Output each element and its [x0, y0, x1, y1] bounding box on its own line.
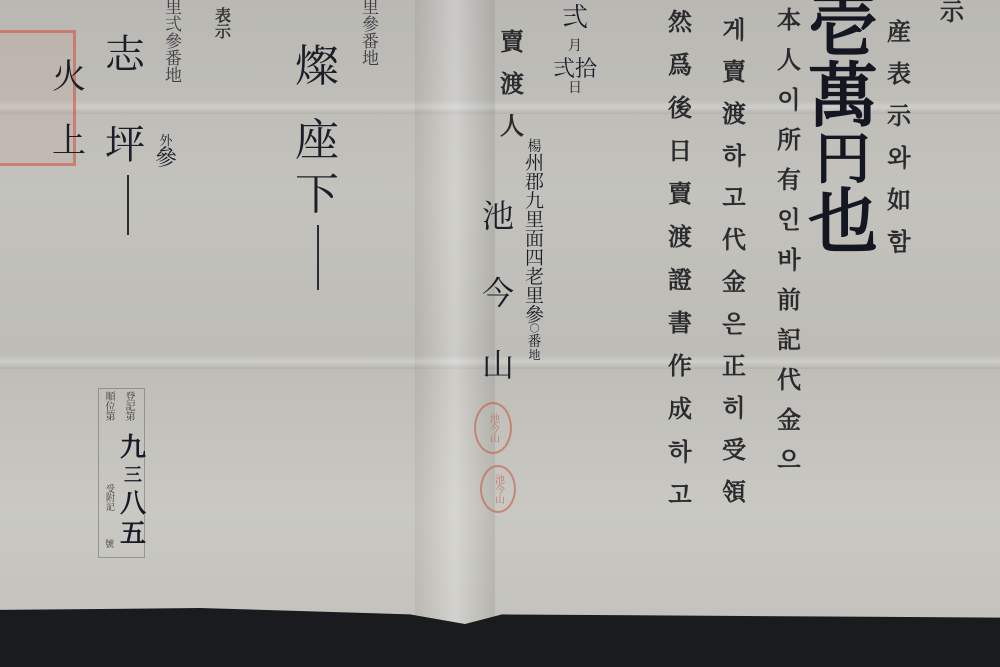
- stamp-label: 受附記: [103, 484, 116, 511]
- registry-number: 九 三 八 五: [120, 435, 146, 547]
- background-surface: [0, 615, 1000, 667]
- stamp-header: 登記第: [121, 391, 136, 421]
- left-name-column: 火 上: [52, 60, 86, 158]
- text-column-2: 産 表 示 와 如 함: [887, 20, 911, 277]
- seller-address: 楊 州 郡 九 里 面 四 老 里 參 〇 番 地: [525, 140, 544, 361]
- date-column: 弍 月 弍拾 日: [553, 5, 597, 95]
- amount-handwritten: 壱 萬 円 也: [808, 0, 878, 260]
- seller-seal-2: 池今山: [480, 465, 516, 513]
- seller-name: 池 今 山: [482, 200, 514, 381]
- extra-note: 外 參: [155, 135, 177, 170]
- text-column-1: 示: [940, 0, 964, 47]
- seller-label: 賣 渡 人: [500, 30, 524, 161]
- address-fragment-2: 里 參 番 地: [362, 0, 379, 68]
- label-fragment: 表 示: [215, 8, 231, 40]
- brush-stroke: [127, 175, 129, 235]
- text-column-3: 本 人 이 所 有 인 바 前 記 代 金 으: [777, 8, 801, 495]
- brush-stroke: [317, 225, 319, 290]
- text-column-4: 게 賣 渡 하 고 代 金 은 正 히 受 領: [722, 18, 746, 527]
- recipient-name-2: 志 坪: [105, 35, 145, 165]
- document-paper: 火 上 志 坪 里 弍 參 番 地 外 參 表 示 里 參 番 地 燦 座 下 …: [0, 0, 1000, 640]
- stamp-header: 順位第: [101, 391, 116, 421]
- recipient-name-1: 燦 座 下: [295, 45, 339, 217]
- stamp-footer: 號: [105, 537, 114, 550]
- text-column-5: 然 爲 後 日 賣 渡 證 書 作 成 하 고: [668, 10, 692, 530]
- address-fragment: 里 弍 參 番 地: [165, 0, 182, 85]
- seller-seal: 池今山: [474, 402, 512, 454]
